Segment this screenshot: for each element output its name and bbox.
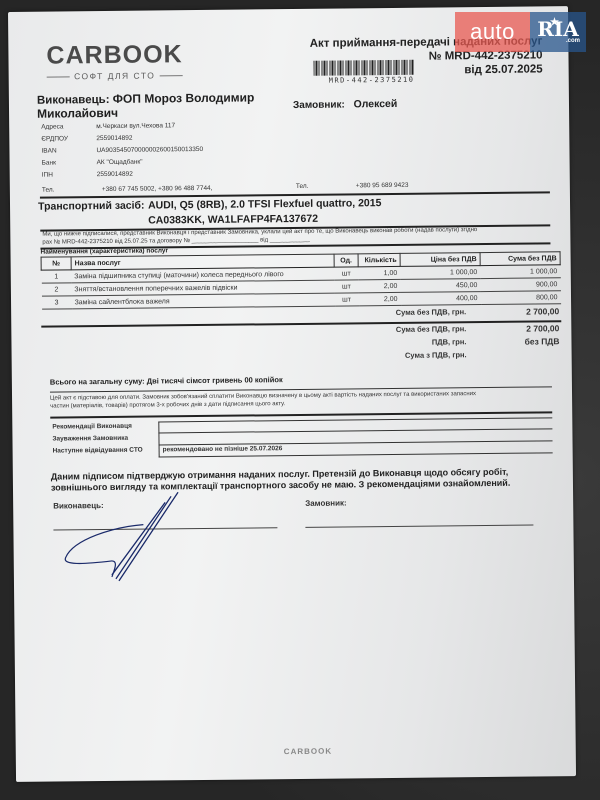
field-label: ЄРДПОУ	[41, 135, 68, 142]
cell-unit: шт	[334, 280, 358, 293]
col-header-qty: Кількість	[358, 253, 400, 266]
executor-name-line2: Миколайович	[37, 106, 118, 121]
barcode	[314, 60, 414, 76]
star-icon: ★	[550, 14, 559, 32]
vehicle-label: Транспортний засіб:	[38, 200, 145, 213]
carbook-logo: CARBOOK	[46, 40, 182, 70]
cell-sum: 800,00	[480, 291, 560, 305]
field-value: +380 67 745 5002, +380 96 488 7744,	[102, 185, 213, 193]
sum-no-vat-value: 2 700,00	[526, 323, 559, 333]
vat-value: без ПДВ	[525, 336, 560, 346]
customer-name: Олексей	[354, 98, 398, 110]
rec-label: Рекомендації Виконавця	[52, 423, 132, 431]
col-header-price: Ціна без ПДВ	[400, 253, 480, 267]
executor-header: Виконавець: ФОП Мороз Володимир Миколайо…	[37, 91, 255, 121]
col-header-unit: Од.	[334, 254, 358, 267]
autoria-watermark-auto: auto	[455, 12, 530, 52]
recommendations-table: Рекомендації Виконавця Зауваження Замовн…	[50, 417, 552, 458]
field-label: Тел.	[42, 187, 55, 194]
autoria-watermark-ria: ★ RIA .com	[530, 12, 586, 52]
payment-terms: Цей акт є підставою для оплати. Замовник…	[50, 389, 555, 410]
rec-label: Зауваження Замовника	[52, 435, 128, 443]
executor-name-line1: ФОП Мороз Володимир	[113, 90, 255, 105]
vehicle-plate-vin: CA0383KK, WA1LFAFP4FA137672	[148, 212, 318, 229]
cell-sum: 900,00	[480, 278, 560, 292]
field-label: IBAN	[41, 147, 56, 154]
customer-sign-line	[305, 525, 533, 528]
tagline-text: СОФТ ДЛЯ СТО	[74, 70, 155, 81]
cell-unit: шт	[334, 267, 358, 280]
field-label: Адреса	[41, 123, 63, 130]
executor-label: Виконавець:	[37, 94, 110, 107]
cell-price: 450,00	[400, 279, 480, 293]
field-value: +380 95 689 9423	[356, 182, 409, 190]
com-text: .com	[566, 38, 580, 44]
cell-name: Заміна сайлентблока важеля	[71, 293, 334, 309]
field-value: АК "Ощадбанк"	[97, 159, 143, 166]
sum-with-vat-row: Сума з ПДВ, грн.	[312, 349, 562, 365]
customer-sign-label: Замовник:	[305, 498, 347, 507]
cell-sum: 1 000,00	[480, 265, 560, 279]
field-value: 2559014892	[96, 135, 132, 142]
col-header-num: №	[41, 257, 71, 270]
total-in-words: Всього на загальну суму: Дві тисячі сімс…	[50, 375, 283, 386]
subtotal-row: Сума без ПДВ, грн. 2 700,00	[311, 306, 561, 322]
field-label: Банк	[42, 160, 56, 167]
cell-num: 2	[41, 283, 71, 296]
subtotal-value: 2 700,00	[526, 306, 559, 316]
field-label: Тел.	[296, 183, 309, 190]
col-header-sum: Сума без ПДВ	[480, 252, 560, 266]
field-value: 2559014892	[97, 171, 133, 178]
field-label: ІПН	[42, 172, 53, 179]
cell-num: 1	[41, 270, 71, 283]
signature-scribble-icon	[53, 488, 184, 589]
customer-header: Замовник: Олексей	[293, 98, 397, 111]
vat-label: ПДВ, грн.	[432, 337, 467, 346]
rec-label: Наступне відвідування СТО	[53, 447, 143, 455]
cell-qty: 2,00	[358, 279, 400, 292]
footer-logo: CARBOOK	[284, 747, 332, 757]
cell-num: 3	[41, 296, 71, 309]
cell-qty: 2,00	[358, 292, 400, 305]
vehicle-model: AUDI, Q5 (8RB), 2.0 TFSI Flexfuel quattr…	[148, 196, 382, 213]
field-value: м.Черкаси вул.Чехова 117	[96, 122, 175, 130]
sum-no-vat-label: Сума без ПДВ, грн.	[396, 324, 467, 334]
subtotal-label: Сума без ПДВ, грн.	[396, 307, 467, 317]
tagline-divider	[47, 76, 70, 77]
carbook-tagline: СОФТ ДЛЯ СТО	[47, 70, 183, 81]
totals-block: Сума без ПДВ, грн. 2 700,00 Сума без ПДВ…	[311, 306, 562, 364]
vehicle-block: Транспортний засіб: AUDI, Q5 (8RB), 2.0 …	[38, 199, 145, 215]
sum-with-vat-label: Сума з ПДВ, грн.	[405, 350, 467, 360]
barcode-text: MRD-442-2375210	[329, 76, 415, 85]
cell-qty: 1,00	[358, 266, 400, 279]
services-table: № Назва послуг Од. Кількість Ціна без ПД…	[41, 251, 562, 309]
cell-unit: шт	[334, 293, 358, 306]
field-value: UA903545070000002600150013350	[96, 146, 203, 154]
services-caption: Найменування (характеристика) послуг	[40, 247, 168, 255]
tagline-divider	[159, 75, 182, 76]
cell-price: 1 000,00	[400, 266, 480, 280]
cell-price: 400,00	[400, 292, 480, 306]
document-paper: CARBOOK СОФТ ДЛЯ СТО Акт приймання-перед…	[8, 6, 576, 782]
divider	[50, 411, 552, 418]
customer-label: Замовник:	[293, 99, 345, 111]
